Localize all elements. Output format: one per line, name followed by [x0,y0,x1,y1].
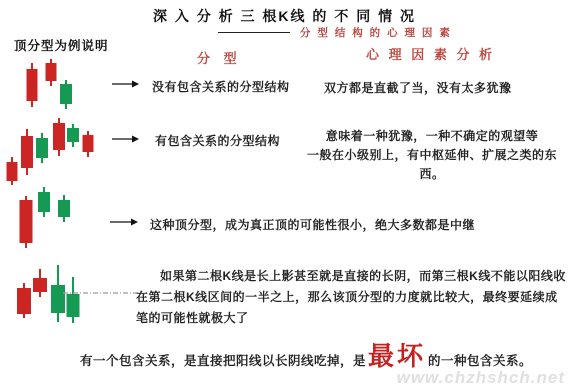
candle-group-strong-top-fractal [17,265,80,323]
page-title: 深 入 分 析 三 根K线 的 不 同 情 况 [0,6,569,26]
row4-annotation: 如果第二根K线是长上影甚至就是直接的长阴，而第三根K线不能以阳线收在第二根K线区… [136,266,566,329]
candle-body [21,136,33,168]
candle-body [17,288,31,314]
candle-group-continuation-top-fractal [20,187,71,248]
example-note: 顶分型为例说明 [14,36,109,54]
subtitle-text: 分 型 结 构 的 心 理 因 素 [300,25,452,40]
subtitle-dash-line [218,32,290,33]
row2-fractal-label: 有包含关系的分型结构 [155,132,280,149]
conclusion-suffix: 的一种包含关系。 [428,351,532,369]
arrow-right-icon [112,81,139,88]
candle-body [51,285,65,313]
row2-psychology-line2: 一般在小级别上，有中枢延伸、扩展之类的东西。 [296,146,568,184]
column-header-fractal: 分 型 [197,48,242,67]
row3-annotation: 这种顶分型，成为真正顶的可能性很小，绝大多数都是中继 [150,216,475,233]
candle-body [7,162,18,181]
row1-fractal-label: 没有包含关系的分型结构 [152,78,290,95]
candle-body [67,294,80,317]
conclusion-prefix: 有一个包含关系，是直接把阳线以长阴线吃掉，是 [80,351,366,369]
row2-psychology-line1: 意味着一种犹豫，一种不确定的观望等 [296,127,568,146]
candle-body [33,278,47,292]
candle-body [60,84,72,104]
arrow-right-icon [112,136,139,143]
column-header-psychology: 心 理 因 素 分 析 [366,44,495,63]
candle-body [58,200,70,217]
candle-body [27,69,38,101]
candle-body [67,128,79,142]
row2-psychology-text: 意味着一种犹豫，一种不确定的观望等 一般在小级别上，有中枢延伸、扩展之类的东西。 [296,127,568,184]
watermark: www.chzhshch.net [397,368,565,388]
candle-body [53,123,65,150]
candle-body [36,138,48,158]
subtitle-row: 分 型 结 构 的 心 理 因 素 [218,25,452,40]
candle-body [83,135,94,152]
candle-body [46,63,57,81]
kline-analysis-diagram: 深 入 分 析 三 根K线 的 不 同 情 况 分 型 结 构 的 心 理 因 … [0,0,569,392]
candle-group-top-fractal-with-containment [7,118,94,185]
candle-body [38,192,50,212]
candle-group-top-fractal-no-containment [27,59,73,109]
row1-psychology-text: 双方都是直截了当，没有太多犹豫 [324,79,512,96]
candle-body [20,200,33,243]
arrow-right-icon [110,219,138,226]
